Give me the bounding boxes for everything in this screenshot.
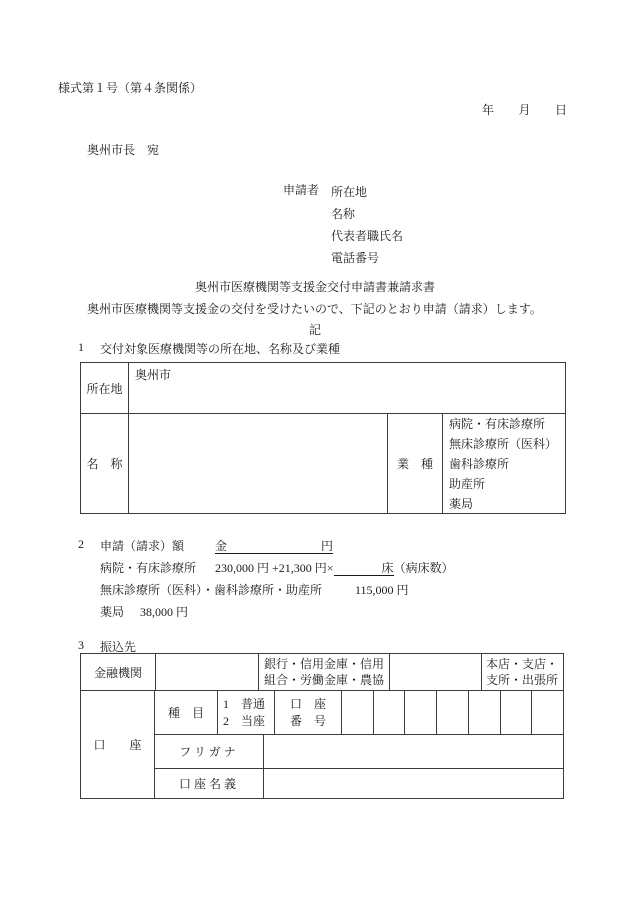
account-number-digit-box[interactable] — [531, 691, 563, 734]
holder-input-cell[interactable] — [263, 769, 563, 798]
address-value-cell[interactable]: 奥州市 — [128, 363, 565, 413]
institution-label-cell: 金融機関 — [81, 654, 155, 690]
section3-number: 3 — [78, 638, 84, 653]
institution-type-options-cell: 銀行・信用金庫・信用 組合・労働金庫・農協 — [258, 654, 389, 690]
holder-label-cell: 口座名義 — [155, 769, 263, 798]
section1-heading: 交付対象医療機関等の所在地、名称及び業種 — [100, 340, 340, 357]
institution-types-line2: 組合・労働金庫・農協 — [264, 672, 389, 688]
kind-option-toza: 2 当座 — [223, 713, 274, 730]
account-number-digit-box[interactable] — [341, 691, 373, 734]
date-year-label: 年 — [482, 101, 494, 118]
bed-unit: 床 — [382, 561, 394, 575]
branch-types-line1: 本店・支店・ — [486, 656, 563, 672]
bed-count-blank[interactable]: 床 — [334, 561, 394, 576]
address-label-cell: 所在地 — [81, 363, 128, 413]
amount-heading-line: 2 申請（請求）額 金 円 — [78, 537, 598, 559]
form-page: 様式第１号（第４条関係） 年 月 日 奥州市長 宛 申請者 所在地 名称 代表者… — [0, 0, 630, 903]
kind-option-futsu: 1 普通 — [223, 696, 274, 713]
applicant-field-address: 所在地 — [331, 181, 403, 203]
hospital-amount: 230,000 円 +21,300 円× — [215, 561, 334, 575]
name-label-cell: 名 称 — [81, 414, 128, 513]
date-month-label: 月 — [518, 101, 530, 118]
industry-options-cell: 病院・有床診療所 無床診療所（医科） 歯科診療所 助産所 薬局 — [442, 414, 565, 513]
institution-name-input-cell[interactable] — [155, 654, 258, 690]
account-number-digit-box[interactable] — [468, 691, 500, 734]
section1-number: 1 — [78, 340, 84, 355]
pharmacy-amount: 38,000 円 — [140, 603, 188, 620]
amount-blank[interactable]: 金 円 — [215, 537, 333, 554]
bank-transfer-table: 金融機関 銀行・信用金庫・信用 組合・労働金庫・農協 本店・支店・ 支所・出張所… — [80, 653, 564, 799]
account-kind-label-cell: 種 目 — [155, 691, 217, 734]
industry-option: 薬局 — [449, 494, 565, 514]
applicant-label: 申請者 — [283, 181, 319, 269]
facility-table: 所在地 奥州市 名 称 業 種 病院・有床診療所 無床診療所（医科） 歯科診療所… — [80, 362, 566, 514]
account-number-label-cell: 口 座 番 号 — [274, 691, 341, 734]
account-label-cell: 口 座 — [81, 691, 155, 798]
amount-unit: 円 — [321, 537, 333, 553]
section2-heading: 申請（請求）額 — [100, 537, 184, 554]
industry-option: 無床診療所（医科） — [449, 434, 565, 454]
record-mark: 記 — [0, 321, 630, 338]
clinic-amount: 115,000 円 — [355, 581, 409, 598]
hospital-amount-text: 230,000 円 +21,300 円×床（病床数） — [215, 559, 454, 576]
industry-label-cell: 業 種 — [387, 414, 442, 513]
date-line: 年 月 日 — [482, 101, 567, 118]
form-number: 様式第１号（第４条関係） — [58, 79, 202, 96]
hospital-label: 病院・有床診療所 — [100, 559, 196, 576]
applicant-field-name: 名称 — [331, 203, 403, 225]
addressee: 奥州市長 宛 — [87, 141, 159, 158]
branch-types-line2: 支所・出張所 — [486, 672, 563, 688]
clinic-label: 無床診療所（医科）・歯科診療所・助産所 — [100, 581, 322, 598]
industry-option: 病院・有床診療所 — [449, 414, 565, 434]
account-number-digit-box[interactable] — [373, 691, 405, 734]
pharmacy-label: 薬局 — [100, 603, 124, 620]
intro-sentence: 奥州市医療機関等支援金の交付を受けたいので、下記のとおり申請（請求）します。 — [87, 300, 542, 317]
section2-block: 2 申請（請求）額 金 円 病院・有床診療所 230,000 円 +21,300… — [78, 537, 598, 625]
industry-option: 歯科診療所 — [449, 454, 565, 474]
date-day-label: 日 — [555, 101, 567, 118]
hospital-amount-line: 病院・有床診療所 230,000 円 +21,300 円×床（病床数） — [78, 559, 598, 581]
number-label-line1: 口 座 — [275, 696, 341, 713]
furigana-input-cell[interactable] — [263, 735, 563, 768]
branch-name-input-cell[interactable] — [389, 654, 481, 690]
account-kind-options-cell[interactable]: 1 普通 2 当座 — [217, 691, 274, 734]
applicant-field-representative: 代表者職氏名 — [331, 225, 403, 247]
applicant-block: 申請者 所在地 名称 代表者職氏名 電話番号 — [283, 181, 403, 269]
account-number-digit-box[interactable] — [404, 691, 436, 734]
applicant-field-phone: 電話番号 — [331, 247, 403, 269]
name-input-cell[interactable] — [128, 414, 387, 513]
applicant-fields: 所在地 名称 代表者職氏名 電話番号 — [331, 181, 403, 269]
number-label-line2: 番 号 — [275, 713, 341, 730]
clinic-amount-line: 無床診療所（医科）・歯科診療所・助産所 115,000 円 — [78, 581, 598, 603]
branch-type-options-cell: 本店・支店・ 支所・出張所 — [481, 654, 563, 690]
account-number-digit-box[interactable] — [436, 691, 468, 734]
furigana-label-cell: フリガナ — [155, 735, 263, 768]
document-title: 奥州市医療機関等支援金交付申請書兼請求書 — [0, 278, 630, 295]
account-number-digit-box[interactable] — [500, 691, 532, 734]
section2-number: 2 — [78, 537, 84, 552]
institution-types-line1: 銀行・信用金庫・信用 — [264, 656, 389, 672]
industry-option: 助産所 — [449, 474, 565, 494]
hospital-note: （病床数） — [394, 561, 454, 575]
amount-prefix: 金 — [215, 537, 227, 553]
pharmacy-amount-line: 薬局 38,000 円 — [78, 603, 598, 625]
